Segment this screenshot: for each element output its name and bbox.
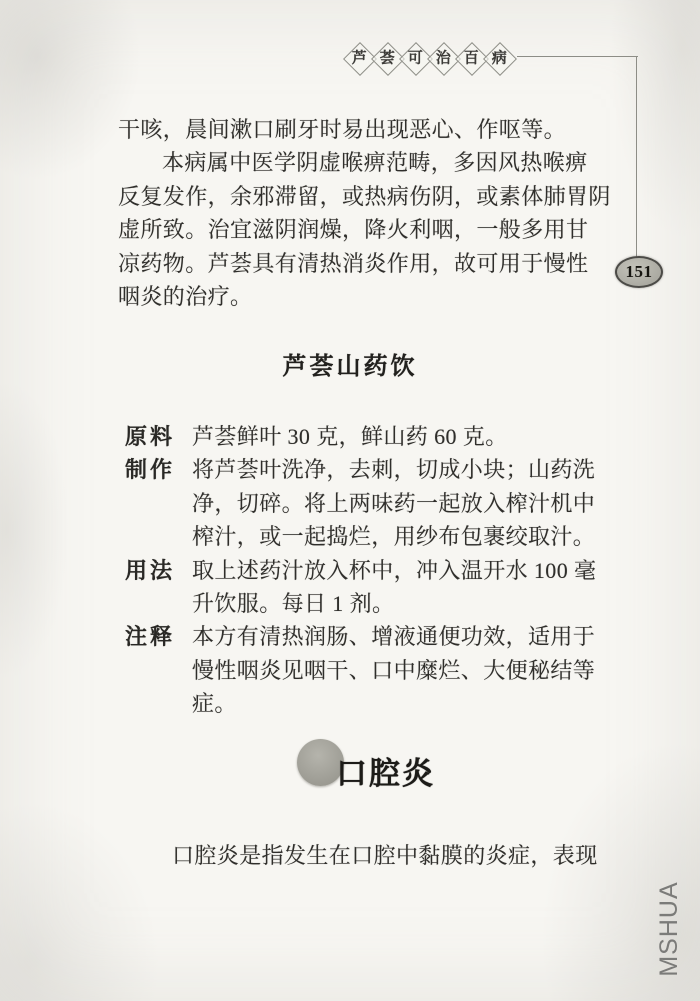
- text-line: 反复发作，余邪滞留，或热病伤阴，或素体肺胃阴: [118, 180, 618, 213]
- recipe-row: 榨汁，或一起捣烂，用纱布包裹绞取汁。: [125, 520, 605, 553]
- recipe-label: 制作: [125, 453, 192, 486]
- header-rule-horizontal: [517, 56, 638, 57]
- recipe-label: [125, 520, 192, 553]
- section-title: 口腔炎: [336, 748, 435, 793]
- text-line: 干咳，晨间漱口刷牙时易出现恶心、作呕等。: [118, 113, 618, 146]
- recipe-label: [125, 687, 192, 720]
- recipe-title: 芦荟山药饮: [0, 346, 700, 381]
- scan-smudge: [0, 801, 160, 1001]
- recipe-row: 用法取上述药汁放入杯中，冲入温开水 100 毫: [125, 554, 605, 587]
- recipe-text: 榨汁，或一起捣烂，用纱布包裹绞取汁。: [192, 520, 595, 553]
- recipe-text: 取上述药汁放入杯中，冲入温开水 100 毫: [192, 554, 596, 587]
- recipe-row: 慢性咽炎见咽干、口中糜烂、大便秘结等: [125, 654, 605, 687]
- section-first-line: 口腔炎是指发生在口腔中黏膜的炎症，表现: [172, 839, 598, 870]
- running-head-char: 可: [408, 51, 423, 66]
- scan-smudge: [610, 0, 700, 240]
- recipe-row: 注释本方有清热润肠、增液通便功效，适用于: [125, 620, 605, 653]
- header-rule-vertical: [636, 56, 637, 257]
- recipe-label: [125, 487, 192, 520]
- recipe-row: 净，切碎。将上两味药一起放入榨汁机中: [125, 487, 605, 520]
- recipe-text: 升饮服。每日 1 剂。: [192, 587, 394, 620]
- recipe-label: [125, 654, 192, 687]
- recipe-block: 原料芦荟鲜叶 30 克，鲜山药 60 克。 制作将芦荟叶洗净，去刺，切成小块；山…: [125, 420, 605, 721]
- text-line: 虚所致。治宜滋阴润燥，降火利咽，一般多用甘: [118, 213, 618, 246]
- intro-paragraphs: 干咳，晨间漱口刷牙时易出现恶心、作呕等。 本病属中医学阴虚喉痹范畴，多因风热喉痹…: [118, 113, 618, 313]
- running-head-char: 荟: [380, 51, 395, 66]
- running-head-char: 芦: [352, 51, 367, 66]
- scan-smudge: [0, 380, 70, 680]
- recipe-text: 慢性咽炎见咽干、口中糜烂、大便秘结等: [192, 654, 595, 687]
- running-head-char: 治: [436, 51, 451, 66]
- running-head-char: 百: [464, 51, 479, 66]
- recipe-row: 原料芦荟鲜叶 30 克，鲜山药 60 克。: [125, 420, 605, 453]
- recipe-text: 芦荟鲜叶 30 克，鲜山药 60 克。: [192, 420, 508, 453]
- page-number: 151: [626, 262, 653, 282]
- recipe-text: 本方有清热润肠、增液通便功效，适用于: [192, 620, 595, 653]
- recipe-row: 症。: [125, 687, 605, 720]
- recipe-text: 净，切碎。将上两味药一起放入榨汁机中: [192, 487, 595, 520]
- recipe-text: 将芦荟叶洗净，去刺，切成小块；山药洗: [192, 453, 595, 486]
- running-head-char: 病: [492, 51, 507, 66]
- recipe-row: 升饮服。每日 1 剂。: [125, 587, 605, 620]
- recipe-label: 注释: [125, 620, 192, 653]
- text-line: 凉药物。芦荟具有清热消炎作用，故可用于慢性: [118, 247, 618, 280]
- book-page: 芦 荟 可 治 百 病 151 干咳，晨间漱口刷牙时易出现恶心、作呕等。 本病属…: [0, 0, 700, 1001]
- recipe-text: 症。: [192, 687, 237, 720]
- recipe-row: 制作将芦荟叶洗净，去刺，切成小块；山药洗: [125, 453, 605, 486]
- recipe-label: 原料: [125, 420, 192, 453]
- text-line: 本病属中医学阴虚喉痹范畴，多因风热喉痹: [118, 146, 618, 179]
- page-number-badge: 151: [615, 256, 663, 288]
- running-head-title: 芦 荟 可 治 百 病: [348, 47, 512, 71]
- text-line: 咽炎的治疗。: [118, 280, 618, 313]
- recipe-label: 用法: [125, 554, 192, 587]
- watermark-text: MSHUA: [655, 871, 681, 987]
- diamond-ornament: 病: [483, 42, 517, 76]
- recipe-label: [125, 587, 192, 620]
